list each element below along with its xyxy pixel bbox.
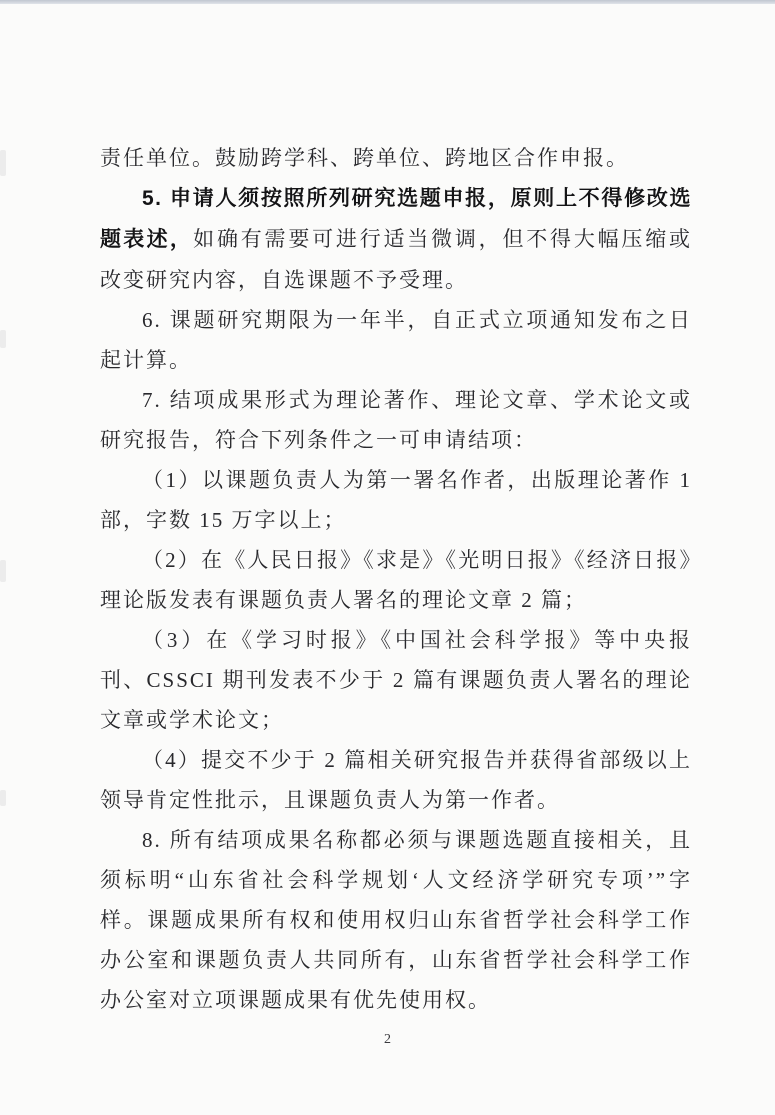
body-text: （4）提交不少于 2 篇相关研究报告并获得省部级以上领导肯定性批示，且课题负责人… (100, 748, 692, 812)
body-text: （1）以课题负责人为第一署名作者，出版理论著作 1 部，字数 15 万字以上； (100, 468, 692, 532)
body-text: （2）在《人民日报》《求是》《光明日报》《经济日报》理论版发表有课题负责人署名的… (100, 548, 692, 612)
scan-edge-artifact (0, 0, 775, 4)
paragraph: （1）以课题负责人为第一署名作者，出版理论著作 1 部，字数 15 万字以上； (100, 460, 692, 540)
paragraph: 责任单位。鼓励跨学科、跨单位、跨地区合作申报。 (100, 138, 692, 178)
paragraph: 8. 所有结项成果名称都必须与课题选题直接相关，且须标明“山东省社会科学规划‘人… (100, 820, 692, 1020)
body-text: （3）在《学习时报》《中国社会科学报》等中央报刊、CSSCI 期刊发表不少于 2… (100, 628, 692, 732)
body-text: 7. 结项成果形式为理论著作、理论文章、学术论文或研究报告，符合下列条件之一可申… (100, 388, 692, 452)
document-body: 责任单位。鼓励跨学科、跨单位、跨地区合作申报。5. 申请人须按照所列研究选题申报… (100, 138, 692, 1020)
scan-smudge-artifact (0, 560, 6, 582)
paragraph: 5. 申请人须按照所列研究选题申报，原则上不得修改选题表述，如确有需要可进行适当… (100, 178, 692, 300)
page-number: 2 (0, 1030, 775, 1050)
paragraph: （3）在《学习时报》《中国社会科学报》等中央报刊、CSSCI 期刊发表不少于 2… (100, 620, 692, 740)
scan-smudge-artifact (0, 790, 6, 806)
paragraph: 6. 课题研究期限为一年半，自正式立项通知发布之日起计算。 (100, 300, 692, 380)
paragraph: （2）在《人民日报》《求是》《光明日报》《经济日报》理论版发表有课题负责人署名的… (100, 540, 692, 620)
body-text: 6. 课题研究期限为一年半，自正式立项通知发布之日起计算。 (100, 308, 692, 372)
paragraph: （4）提交不少于 2 篇相关研究报告并获得省部级以上领导肯定性批示，且课题负责人… (100, 740, 692, 820)
paragraph: 7. 结项成果形式为理论著作、理论文章、学术论文或研究报告，符合下列条件之一可申… (100, 380, 692, 460)
scan-smudge-artifact (0, 330, 6, 348)
body-text: 8. 所有结项成果名称都必须与课题选题直接相关，且须标明“山东省社会科学规划‘人… (100, 828, 692, 1012)
body-text: 责任单位。鼓励跨学科、跨单位、跨地区合作申报。 (100, 146, 629, 170)
scan-smudge-artifact (0, 150, 6, 176)
